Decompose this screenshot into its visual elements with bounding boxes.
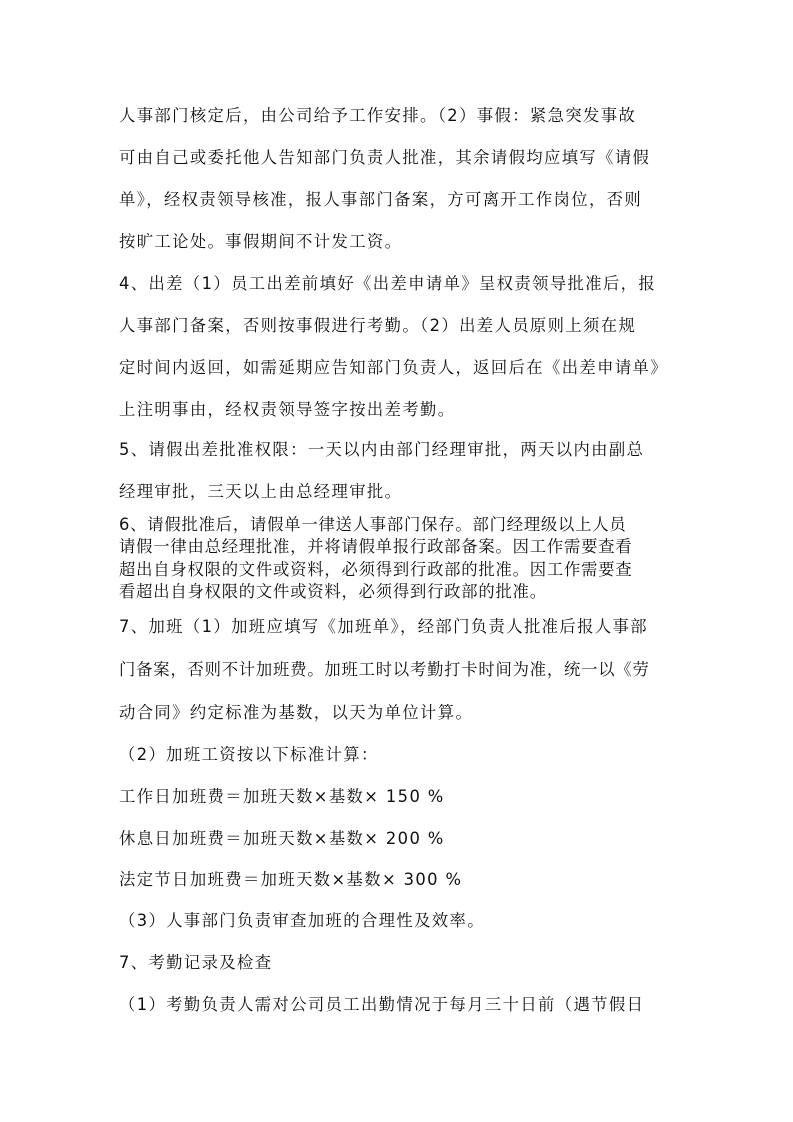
paragraph-line: 单》，经权责领导核准，报人事部门备案，方可离开工作岗位，否则: [119, 188, 673, 212]
formula-workday: 工作日加班费＝加班天数×基数× 150 %: [119, 785, 673, 809]
section-4-line: 4、出差（1）员工出差前填好《出差申请单》呈权责领导批准后，报: [119, 272, 673, 296]
paragraph-line: 请假一律由总经理批准，并将请假单报行政部备案。因工作需要查看: [119, 535, 673, 559]
paragraph-line: 动合同》约定标准为基数，以天为单位计算。: [119, 701, 673, 725]
section-6-line: 6、请假批准后，请假单一律送人事部门保存。部门经理级以上人员: [119, 513, 673, 537]
paragraph-line: 人事部门核定后，由公司给予工作安排。（2）事假：紧急突发事故: [119, 104, 673, 128]
paragraph-line: 经理审批，三天以上由总经理审批。: [119, 480, 673, 504]
paragraph-line: 人事部门备案，否则按事假进行考勤。（2）出差人员原则上须在规: [119, 314, 673, 338]
paragraph-line: 门备案，否则不计加班费。加班工时以考勤打卡时间为准，统一以《劳: [119, 658, 673, 682]
paragraph-line: 按旷工论处。事假期间不计发工资。: [119, 230, 673, 254]
paragraph-line: （3）人事部门负责审查加班的合理性及效率。: [119, 909, 673, 933]
paragraph-line: 上注明事由，经权责领导签字按出差考勤。: [119, 398, 673, 422]
formula-restday: 休息日加班费＝加班天数×基数× 200 %: [119, 827, 673, 851]
document-page: 人事部门核定后，由公司给予工作安排。（2）事假：紧急突发事故 可由自己或委托他人…: [0, 0, 793, 1122]
paragraph-line: 定时间内返回，如需延期应告知部门负责人，返回后在《出差申请单》: [119, 356, 673, 380]
paragraph-line: 看超出自身权限的文件或资料，必须得到行政部的批准。: [119, 580, 673, 604]
paragraph-line: （1）考勤负责人需对公司员工出勤情况于每月三十日前（遇节假日: [119, 993, 673, 1017]
overtime-pay-heading: （2）加班工资按以下标准计算：: [119, 743, 673, 767]
section-7-attendance-heading: 7、考勤记录及检查: [119, 951, 673, 975]
formula-holiday: 法定节日加班费＝加班天数×基数× 300 %: [119, 868, 673, 892]
paragraph-line: 可由自己或委托他人告知部门负责人批准，其余请假均应填写《请假: [119, 146, 673, 170]
section-7-overtime-line: 7、加班（1）加班应填写《加班单》，经部门负责人批准后报人事部: [119, 615, 673, 639]
section-5-line: 5、请假出差批准权限：一天以内由部门经理审批，两天以内由副总: [119, 438, 673, 462]
paragraph-line: 超出自身权限的文件或资料，必须得到行政部的批准。因工作需要查: [119, 558, 673, 582]
